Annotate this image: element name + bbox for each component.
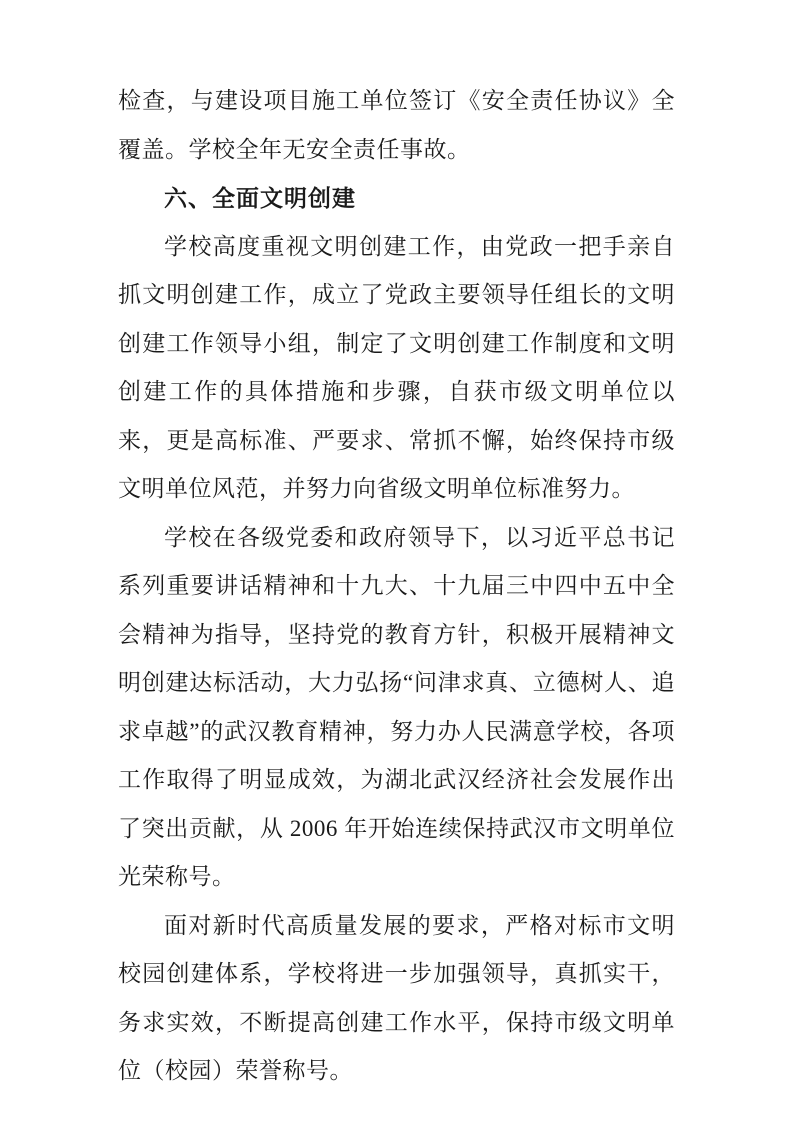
body-paragraph: 面对新时代高质量发展的要求，严格对标市文明校园创建体系，学校将进一步加强领导，真… bbox=[118, 902, 675, 1096]
document-page: 检查，与建设项目施工单位签订《安全责任协议》全覆盖。学校全年无安全责任事故。 六… bbox=[0, 0, 800, 1132]
body-paragraph: 学校高度重视文明创建工作，由党政一把手亲自抓文明创建工作，成立了党政主要领导任组… bbox=[118, 223, 675, 514]
section-heading: 六、全面文明创建 bbox=[118, 174, 675, 223]
body-paragraph: 学校在各级党委和政府领导下，以习近平总书记系列重要讲话精神和十九大、十九届三中四… bbox=[118, 514, 675, 902]
document-content: 检查，与建设项目施工单位签订《安全责任协议》全覆盖。学校全年无安全责任事故。 六… bbox=[118, 77, 675, 1096]
continuation-paragraph: 检查，与建设项目施工单位签订《安全责任协议》全覆盖。学校全年无安全责任事故。 bbox=[118, 77, 675, 174]
